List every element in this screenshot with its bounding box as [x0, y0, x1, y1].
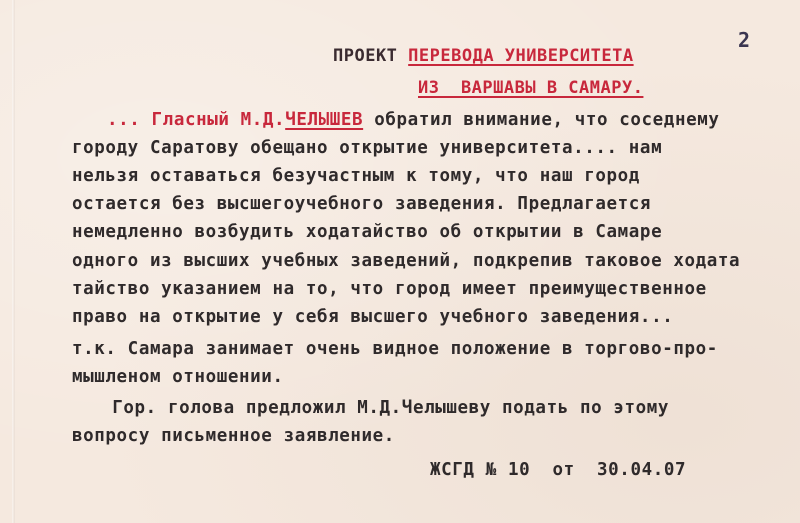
body-line-9: т.к. Самара занимает очень видное положе…	[72, 339, 718, 359]
body-line-12: вопросу письменное заявление.	[72, 426, 395, 446]
body-line-7: тайство указанием на то, что город имеет…	[72, 279, 707, 299]
document-page: 2 ПРОЕКТ ПЕРЕВОДА УНИВЕРСИТЕТА ИЗ ВАРШАВ…	[0, 0, 800, 523]
body-line-11: Гор. голова предложил М.Д.Челышеву подат…	[90, 398, 669, 418]
speaker-name: ... Гласный М.Д.	[107, 110, 285, 130]
body-line-4: остается без высшегоучебного заведения. …	[72, 194, 651, 214]
title-line-1: ПРОЕКТ ПЕРЕВОДА УНИВЕРСИТЕТА	[333, 46, 634, 66]
body-line-2: городу Саратову обещано открытие универс…	[72, 138, 662, 158]
body-line-10: мышленом отношении.	[72, 367, 284, 387]
speaker-surname: ЧЕЛЫШЕВ	[285, 110, 363, 130]
body-line-6: одного из высших учебных заведений, подк…	[72, 251, 740, 271]
page-number: 2	[738, 28, 750, 52]
title-line-2: ИЗ ВАРШАВЫ В САМАРУ.	[418, 78, 643, 98]
body-line-8: право на открытие у себя высшего учебног…	[72, 307, 673, 327]
body-line-1: ... Гласный М.Д.ЧЕЛЫШЕВ обратил внимание…	[107, 110, 720, 130]
title-word-project: ПРОЕКТ	[333, 46, 397, 66]
archive-reference: ЖСГД № 10 от 30.04.07	[430, 460, 686, 480]
body-line-5: немедленно возбудить ходатайство об откр…	[72, 222, 662, 242]
paper-fold	[12, 0, 15, 523]
body-line-3: нельзя оставаться безучастным к тому, чт…	[72, 166, 640, 186]
body-text: обратил внимание, что соседнему	[363, 110, 719, 130]
title-highlight: ПЕРЕВОДА УНИВЕРСИТЕТА	[408, 46, 633, 66]
